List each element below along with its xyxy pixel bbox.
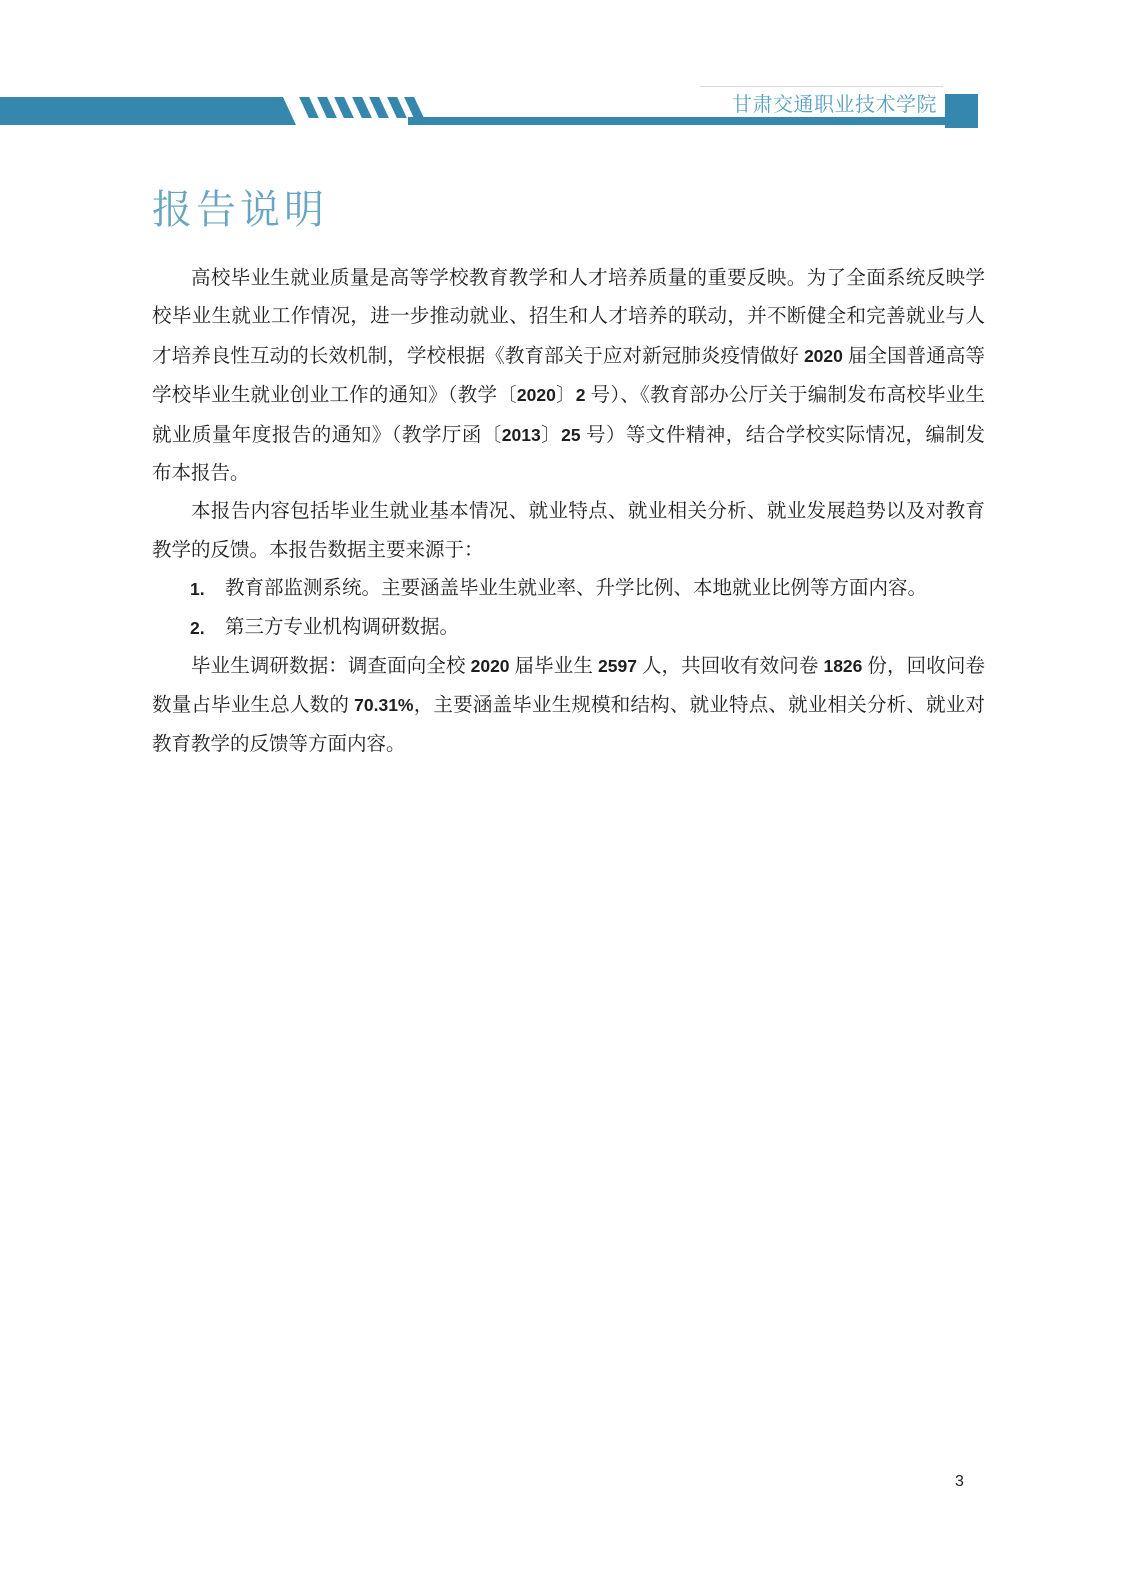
body-text: 高校毕业生就业质量是高等学校教育教学和人才培养质量的重要反映。为了全面系统反映学…: [152, 260, 985, 764]
content-area: 报告说明 高校毕业生就业质量是高等学校教育教学和人才培养质量的重要反映。为了全面…: [152, 186, 985, 764]
list-item-number: 2.: [190, 609, 205, 647]
stripe-decoration: [352, 97, 372, 118]
data-sources-list: 1. 教育部监测系统。主要涵盖毕业生就业率、升学比例、本地就业比例等方面内容。 …: [152, 570, 985, 647]
list-item-text: 教育部监测系统。主要涵盖毕业生就业率、升学比例、本地就业比例等方面内容。: [225, 578, 927, 599]
page-number: 3: [955, 1473, 964, 1491]
list-item: 2. 第三方专业机构调研数据。: [152, 609, 985, 647]
stripe-decoration: [317, 97, 337, 118]
header-rule-line: [408, 117, 945, 125]
page-title: 报告说明: [152, 186, 985, 234]
list-item-number: 1.: [190, 570, 205, 608]
paragraph-survey-data: 毕业生调研数据：调查面向全校 2020 届毕业生 2597 人，共回收有效问卷 …: [152, 647, 985, 764]
paragraph-report-contents: 本报告内容包括毕业生就业基本情况、就业特点、就业相关分析、就业发展趋势以及对教育…: [152, 493, 985, 570]
school-name-label: 甘肃交通职业技术学院: [732, 88, 937, 117]
header-accent-bar: [0, 97, 296, 125]
document-page: 甘肃交通职业技术学院 报告说明 高校毕业生就业质量是高等学校教育教学和人才培养质…: [0, 0, 1122, 1587]
header-corner-block: [945, 94, 978, 128]
list-item-text: 第三方专业机构调研数据。: [225, 617, 459, 638]
stripe-decoration: [369, 97, 389, 118]
stripe-decoration: [334, 97, 354, 118]
paragraph-intro: 高校毕业生就业质量是高等学校教育教学和人才培养质量的重要反映。为了全面系统反映学…: [152, 260, 985, 493]
stripe-decoration: [387, 97, 407, 118]
list-item: 1. 教育部监测系统。主要涵盖毕业生就业率、升学比例、本地就业比例等方面内容。: [152, 570, 985, 608]
stripe-decoration: [404, 97, 424, 118]
stripe-decoration: [299, 97, 319, 118]
diagonal-stripes-decoration: [304, 97, 419, 118]
header-school-name-box: 甘肃交通职业技术学院: [700, 86, 943, 117]
